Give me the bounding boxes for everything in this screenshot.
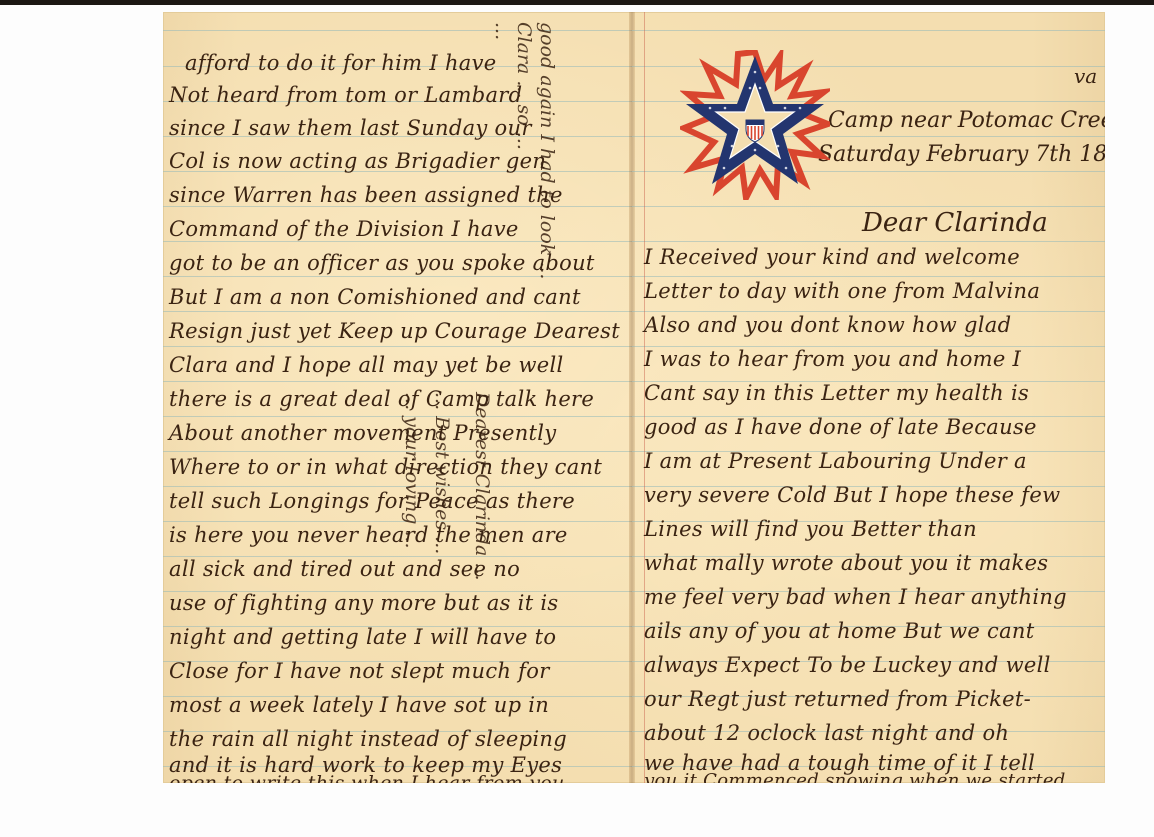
text-line: very severe Cold But I hope these few [644, 480, 1060, 510]
text-line: Col is now acting as Brigadier gen [169, 146, 546, 176]
text-line: Letter to day with one from Malvina [644, 276, 1040, 306]
text-line: open to write this when I hear from you [169, 768, 565, 783]
text-line: our Regt just returned from Picket- [644, 684, 1031, 714]
text-line: me feel very bad when I hear anything [644, 582, 1067, 612]
text-line: all sick and tired out and see no [169, 554, 520, 584]
text-line: But I am a non Comishioned and cant [169, 282, 581, 312]
left-page: afford to do it for him I have Not heard… [163, 12, 632, 783]
text-line: always Expect To be Luckey and well [644, 650, 1051, 680]
text-line: you it Commenced snowing when we started [644, 766, 1066, 783]
state-abbrev: va [1074, 64, 1097, 88]
text-line: since Warren has been assigned the [169, 180, 563, 210]
cross-writing-column: ... [491, 22, 513, 40]
letter-sheet: afford to do it for him I have Not heard… [163, 12, 1105, 783]
cross-writing-column: ... your loving ... [401, 392, 423, 549]
location-line: Camp near Potomac Creek [828, 108, 1105, 133]
date-line: Saturday February 7th 1863 [818, 142, 1105, 167]
text-line: Not heard from tom or Lambard [169, 80, 522, 110]
text-line: most a week lately I have sot up in [169, 690, 549, 720]
cross-writing-column: good again I had to look ... [536, 22, 558, 279]
text-line: Cant say in this Letter my health is [644, 378, 1029, 408]
scanner-top-edge [0, 0, 1154, 5]
cross-writing-column: Dearest Clarinda ... [471, 392, 493, 581]
star-shield-emblem [680, 50, 830, 200]
text-line: About another movement Presently [169, 418, 556, 448]
text-line: what mally wrote about you it makes [644, 548, 1048, 578]
text-line: use of fighting any more but as it is [169, 588, 559, 618]
text-line: night and getting late I will have to [169, 622, 556, 652]
text-line: I was to hear from you and home I [644, 344, 1021, 374]
text-line: is here you never heard the men are [169, 520, 568, 550]
text-line: tell such Longings for Peace as there [169, 486, 575, 516]
text-line: Close for I have not slept much for [169, 656, 550, 686]
text-line: Clara and I hope all may yet be well [169, 350, 564, 380]
text-line: got to be an officer as you spoke about [169, 248, 595, 278]
text-line: afford to do it for him I have [185, 48, 496, 78]
text-line: there is a great deal of Camp talk here [169, 384, 594, 414]
text-line: Command of the Division I have [169, 214, 519, 244]
text-line: Resign just yet Keep up Courage Dearest [169, 316, 620, 346]
text-line: ails any of you at home But we cant [644, 616, 1035, 646]
cross-writing-column: ... Best wishes ... [431, 392, 453, 554]
text-line: Lines will find you Better than [644, 514, 977, 544]
text-line: I Received your kind and welcome [644, 242, 1020, 272]
text-line: Also and you dont know how glad [644, 310, 1011, 340]
text-line: Where to or in what direction they cant [169, 452, 602, 482]
text-line: I am at Present Labouring Under a [644, 446, 1027, 476]
salutation: Dear Clarinda [862, 208, 1048, 238]
text-line: about 12 oclock last night and oh [644, 718, 1009, 748]
text-line: since I saw them last Sunday our [169, 113, 532, 143]
cross-writing-column: Clara ... so ... [513, 22, 535, 150]
text-line: good as I have done of late Because [644, 412, 1037, 442]
